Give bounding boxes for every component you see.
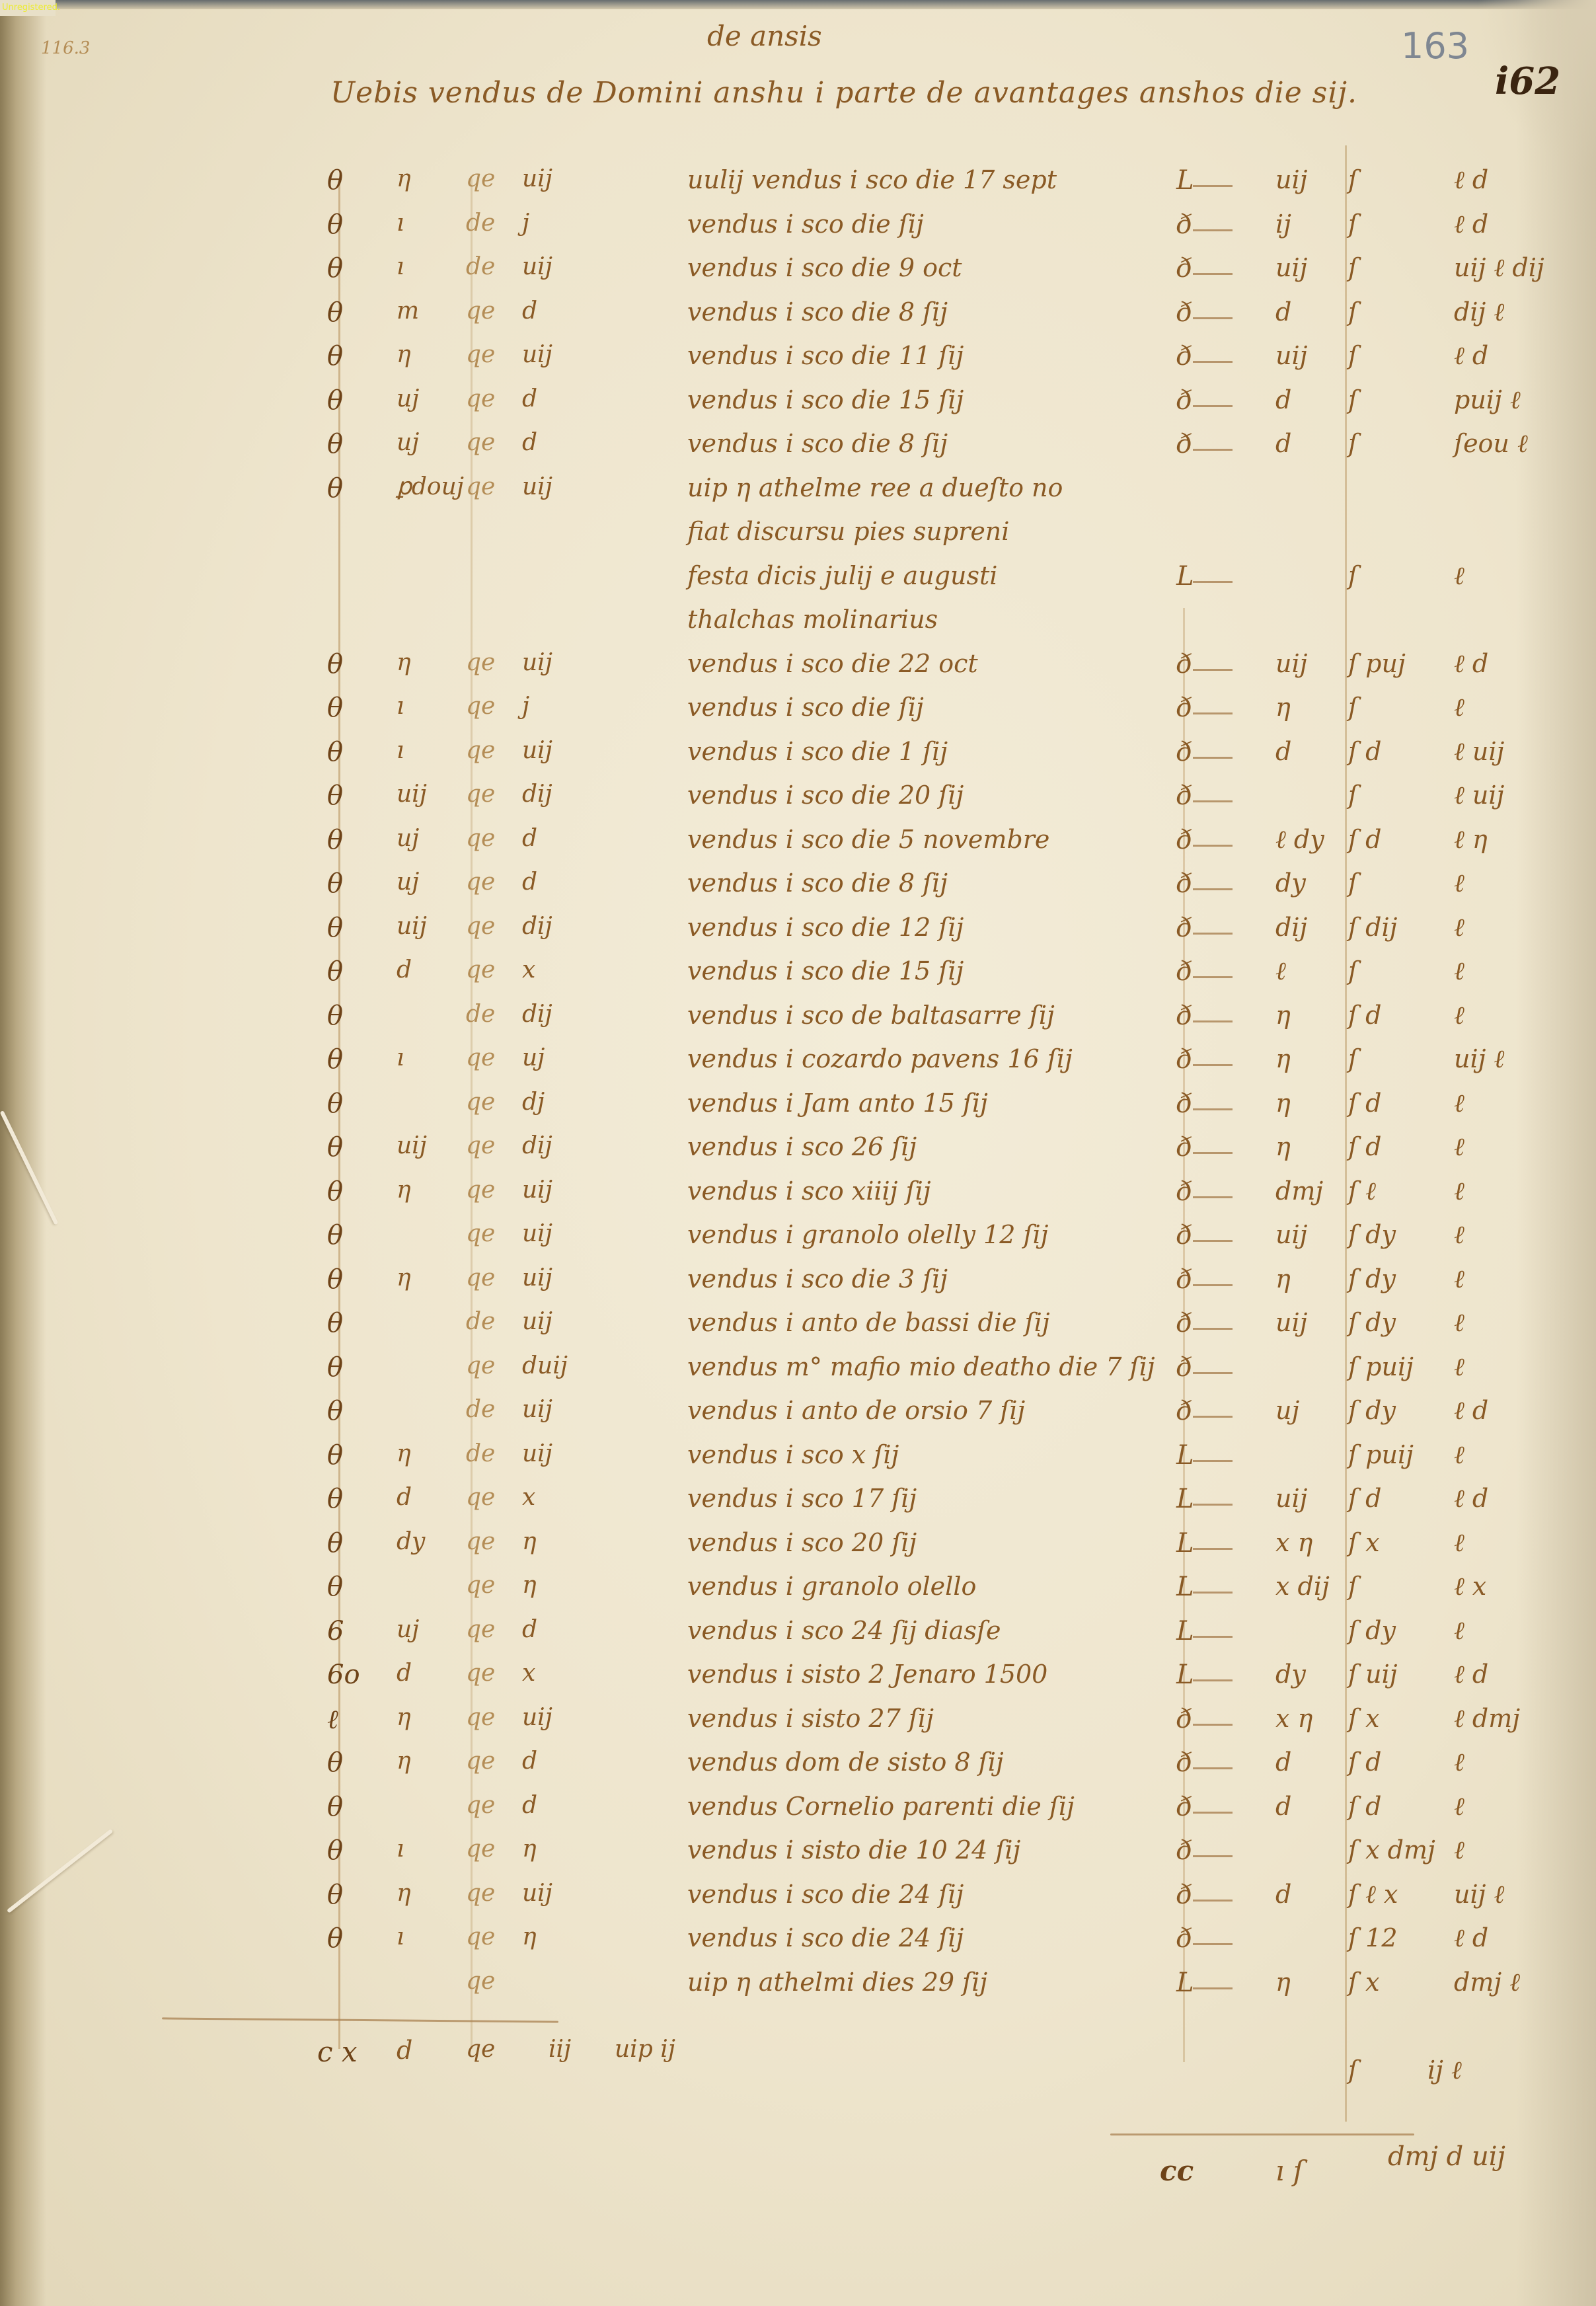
lb-dash bbox=[1193, 185, 1233, 187]
entry-lb: ð bbox=[1176, 1001, 1192, 1031]
lb-dash bbox=[1193, 1724, 1233, 1726]
entry-val: uij bbox=[522, 473, 552, 500]
entry-val: uij bbox=[522, 1264, 552, 1291]
entry-a2: ſ bbox=[1348, 165, 1357, 194]
entry-a3: ℓ bbox=[1454, 1132, 1464, 1162]
entry-unit: qe bbox=[466, 1923, 495, 1950]
lb-dash bbox=[1193, 405, 1233, 407]
entry-val: uij bbox=[522, 1396, 552, 1423]
entry-qty: uij bbox=[397, 913, 427, 940]
heading-subtitle: de ansis bbox=[707, 20, 822, 52]
entry-a2: ſ bbox=[1348, 1572, 1357, 1601]
entry-mark: θ bbox=[327, 693, 343, 723]
entry-lb: ð bbox=[1176, 1923, 1192, 1954]
ledger-row: θdyqeηvendus i sco 20 ſijLx ηſ xℓ bbox=[0, 1528, 1596, 1568]
entry-a3: uij ℓ dij bbox=[1454, 253, 1544, 283]
entry-desc: vendus i sisto 27 ſij bbox=[687, 1704, 934, 1733]
entry-lb: L bbox=[1176, 1572, 1194, 1602]
entry-desc: vendus i sco die 24 ſij bbox=[687, 1880, 964, 1909]
unregistered-watermark: Unregistered. bbox=[0, 0, 56, 16]
entry-a1: uij bbox=[1275, 649, 1307, 678]
entry-mark: θ bbox=[327, 868, 343, 899]
entry-val: d bbox=[522, 1748, 537, 1775]
entry-qty: η bbox=[397, 1176, 411, 1204]
entry-unit: de bbox=[466, 1440, 495, 1467]
entry-a3: ℓ bbox=[1454, 868, 1464, 898]
total-a3: dmj d uij bbox=[1388, 2141, 1505, 2172]
entry-mark: θ bbox=[327, 1880, 343, 1910]
entry-val: uij bbox=[522, 1440, 552, 1467]
entry-lb: ð bbox=[1176, 429, 1192, 459]
entry-val: uij bbox=[522, 649, 552, 676]
entry-desc: vendus i sco die ſij bbox=[687, 693, 924, 722]
entry-unit: qe bbox=[466, 429, 495, 456]
entry-unit: qe bbox=[466, 165, 495, 192]
entry-a2: ſ dy bbox=[1348, 1396, 1396, 1425]
ledger-row: θıqeηvendus i sisto die 10 24 ſijðſ x dm… bbox=[0, 1835, 1596, 1875]
entry-a2: ſ d bbox=[1348, 737, 1381, 766]
entry-unit: qe bbox=[466, 693, 495, 720]
entry-desc: vendus i sco die 9 oct bbox=[687, 253, 962, 282]
entry-mark: θ bbox=[327, 341, 343, 371]
entry-lb: ð bbox=[1176, 1835, 1192, 1866]
ledger-row: θdeuijvendus i anto de bassi die ſijðuij… bbox=[0, 1308, 1596, 1348]
entry-val: uij bbox=[522, 341, 552, 368]
entry-val: uij bbox=[522, 1220, 552, 1247]
ledger-row: 6ujqedvendus i sco 24 ſij diasſeLſ dyℓ bbox=[0, 1616, 1596, 1656]
ledger-row: θmqedvendus i sco die 8 ſijðdſdij ℓ bbox=[0, 297, 1596, 337]
entry-desc: vendus i anto de bassi die ſij bbox=[687, 1308, 1050, 1337]
lb-dash bbox=[1193, 1812, 1233, 1814]
lb-dash bbox=[1193, 229, 1233, 231]
entry-a1: ij bbox=[1275, 210, 1291, 239]
entry-mark: θ bbox=[327, 1484, 343, 1514]
entry-unit: qe bbox=[466, 1176, 495, 1204]
ledger-row: θqeduijvendus m° mafio mio deatho die 7 … bbox=[0, 1352, 1596, 1392]
entry-desc: vendus i sco die 11 ſij bbox=[687, 341, 964, 370]
entry-val: d bbox=[522, 1792, 537, 1819]
ledger-row: θdeuijvendus i anto de orsio 7 ſijðujſ d… bbox=[0, 1396, 1596, 1436]
entry-val: d bbox=[522, 297, 537, 325]
entry-lb: ð bbox=[1176, 737, 1192, 767]
entry-val: η bbox=[522, 1835, 537, 1863]
entry-lb: ð bbox=[1176, 913, 1192, 943]
entry-a3: ℓ bbox=[1454, 1616, 1464, 1646]
entry-a3: ℓ d bbox=[1454, 1923, 1488, 1953]
entry-val: d bbox=[522, 429, 537, 456]
ledger-row: θıdejvendus i sco die ſijðijſℓ d bbox=[0, 210, 1596, 249]
entry-unit: qe bbox=[466, 1572, 495, 1599]
entry-a2: ſ ℓ bbox=[1348, 1176, 1376, 1206]
entry-a2: ſ dy bbox=[1348, 1616, 1396, 1645]
entry-a1: η bbox=[1275, 1264, 1291, 1293]
entry-a3: ℓ d bbox=[1454, 1660, 1488, 1689]
entry-unit: qe bbox=[466, 913, 495, 940]
entry-desc: vendus i sco 24 ſij diasſe bbox=[687, 1616, 1001, 1645]
entry-qty: ı bbox=[397, 737, 404, 764]
entry-a2: ſ bbox=[1348, 956, 1357, 985]
entry-desc: vendus i sco die 12 ſij bbox=[687, 913, 964, 942]
entry-unit: qe bbox=[466, 1968, 495, 1995]
entry-val: x bbox=[522, 1660, 535, 1687]
entry-a3: ℓ x bbox=[1454, 1572, 1486, 1601]
ledger-row: θηqeuijvendus i sco die 24 ſijðdſ ℓ xuij… bbox=[0, 1880, 1596, 1919]
lb-dash bbox=[1193, 1284, 1233, 1286]
entry-qty: uj bbox=[397, 825, 419, 852]
entry-a1: d bbox=[1275, 1792, 1291, 1821]
lb-dash bbox=[1193, 1416, 1233, 1418]
lb-dash bbox=[1193, 1855, 1233, 1857]
entry-lb: ð bbox=[1176, 1176, 1192, 1207]
ledger-row: θηdeuijvendus i sco x ſijLſ puijℓ bbox=[0, 1440, 1596, 1480]
entry-val: x bbox=[522, 956, 535, 983]
entry-unit: qe bbox=[466, 1660, 495, 1687]
entry-a3: dij ℓ bbox=[1454, 297, 1504, 327]
entry-mark: θ bbox=[327, 1220, 343, 1250]
lb-dash bbox=[1193, 1240, 1233, 1242]
entry-a3: ℓ uij bbox=[1454, 781, 1504, 810]
entry-a1: η bbox=[1275, 1044, 1291, 1073]
ledger-row: θdedijvendus i sco de baltasarre ſijðηſ … bbox=[0, 1001, 1596, 1040]
entry-mark: θ bbox=[327, 165, 343, 196]
entry-a1: η bbox=[1275, 1968, 1291, 1997]
entry-mark: θ bbox=[327, 1572, 343, 1602]
entry-a2: ſ x dmj bbox=[1348, 1835, 1435, 1864]
entry-mark: θ bbox=[327, 1748, 343, 1778]
entry-a3: ℓ d bbox=[1454, 1396, 1488, 1426]
entry-val: dij bbox=[522, 913, 552, 940]
entry-a3: ℓ bbox=[1454, 1440, 1464, 1470]
entry-a2: ſ bbox=[1348, 868, 1357, 898]
lb-dash bbox=[1193, 1767, 1233, 1769]
entry-unit: qe bbox=[466, 737, 495, 764]
ledger-row: θηqeuijvendus i sco die 11 ſijðuijſℓ d bbox=[0, 341, 1596, 381]
ledger-row: θujqedvendus i sco die 5 novembreðℓ dyſ … bbox=[0, 825, 1596, 865]
entry-unit: qe bbox=[466, 341, 495, 368]
entry-desc: vendus i sco die 20 ſij bbox=[687, 781, 964, 810]
entry-lb: ð bbox=[1176, 825, 1192, 855]
lb-dash bbox=[1193, 273, 1233, 275]
entry-a2: ſ d bbox=[1348, 1132, 1381, 1161]
entry-a1: uj bbox=[1275, 1396, 1299, 1425]
entry-a1: d bbox=[1275, 297, 1291, 327]
entry-desc: vendus i sco die 15 ſij bbox=[687, 385, 964, 414]
entry-a2: ſ puij bbox=[1348, 1352, 1414, 1381]
lb-dash bbox=[1193, 361, 1233, 363]
entry-a3: ℓ dmj bbox=[1454, 1704, 1520, 1734]
ledger-row: fiat discursu pies supreni bbox=[0, 517, 1596, 557]
entry-a1: dy bbox=[1275, 868, 1306, 898]
entry-lb: L bbox=[1176, 561, 1194, 592]
entry-a2: ſ dij bbox=[1348, 913, 1397, 942]
entry-val: dij bbox=[522, 1132, 552, 1159]
entry-unit: qe bbox=[466, 781, 495, 808]
entry-desc: vendus i sco 17 ſij bbox=[687, 1484, 917, 1513]
entry-a3: ℓ bbox=[1454, 913, 1464, 942]
entry-a1: x dij bbox=[1275, 1572, 1330, 1601]
entry-a2: ſ bbox=[1348, 781, 1357, 810]
entry-desc: vendus i sisto die 10 24 ſij bbox=[687, 1835, 1020, 1864]
entry-lb: ð bbox=[1176, 1748, 1192, 1778]
entry-unit: qe bbox=[466, 473, 495, 500]
entry-a3: ℓ d bbox=[1454, 341, 1488, 371]
entry-qty: η bbox=[397, 1704, 411, 1731]
corner-shelfmark: 116.3 bbox=[41, 38, 90, 58]
entry-qty: d bbox=[397, 1484, 412, 1511]
entry-qty: ı bbox=[397, 1835, 404, 1863]
entry-a2: ſ bbox=[1348, 385, 1357, 414]
entry-a1: uij bbox=[1275, 253, 1307, 282]
entry-a2: ſ x bbox=[1348, 1528, 1380, 1557]
entry-unit: qe bbox=[466, 1616, 495, 1643]
lb-dash bbox=[1193, 669, 1233, 671]
entry-val: duij bbox=[522, 1352, 568, 1379]
entry-lb: ð bbox=[1176, 297, 1192, 328]
entry-val: η bbox=[522, 1572, 537, 1599]
entry-a3: uij ℓ bbox=[1454, 1044, 1504, 1074]
entry-lb: ð bbox=[1176, 1220, 1192, 1250]
entry-val: j bbox=[522, 693, 529, 720]
entry-a2: ſ x bbox=[1348, 1968, 1380, 1997]
lb-dash bbox=[1193, 712, 1233, 714]
entry-qty: ı bbox=[397, 1044, 404, 1071]
summary-val: iij bbox=[549, 2036, 571, 2063]
entry-a1: uij bbox=[1275, 341, 1307, 370]
entry-mark: θ bbox=[327, 1792, 343, 1822]
entry-desc: vendus Cornelio parenti die ſij bbox=[687, 1792, 1075, 1821]
entry-val: d bbox=[522, 868, 537, 896]
entry-unit: qe bbox=[466, 1264, 495, 1291]
entry-a1: x η bbox=[1275, 1528, 1312, 1557]
entry-a1: uij bbox=[1275, 1220, 1307, 1249]
entry-qty: uj bbox=[397, 1616, 419, 1643]
entry-lb: ð bbox=[1176, 868, 1192, 899]
entry-unit: de bbox=[466, 1001, 495, 1028]
entry-a1: d bbox=[1275, 385, 1291, 414]
summary-desc: uip ij bbox=[615, 2036, 675, 2063]
entry-a2: ſ dy bbox=[1348, 1264, 1396, 1293]
entry-mark: θ bbox=[327, 1176, 343, 1207]
entry-mark: θ bbox=[327, 913, 343, 943]
entry-unit: qe bbox=[466, 385, 495, 412]
entry-unit: qe bbox=[466, 1880, 495, 1907]
entry-a3: ſeou ℓ bbox=[1454, 429, 1528, 459]
entry-a2: ſ d bbox=[1348, 1792, 1381, 1821]
entry-unit: qe bbox=[466, 1484, 495, 1511]
entry-a1: d bbox=[1275, 429, 1291, 458]
ledger-row: θujqedvendus i sco die 15 ſijðdſpuij ℓ bbox=[0, 385, 1596, 425]
entry-mark: θ bbox=[327, 1835, 343, 1866]
entry-mark: θ bbox=[327, 429, 343, 459]
entry-a3: ℓ d bbox=[1454, 649, 1488, 679]
entry-a3: ℓ d bbox=[1454, 1484, 1488, 1514]
entry-mark: θ bbox=[327, 210, 343, 240]
entry-a2: ſ d bbox=[1348, 1484, 1381, 1513]
entry-val: η bbox=[522, 1923, 537, 1950]
entry-desc: vendus i sco die 8 ſij bbox=[687, 868, 948, 898]
entry-qty: ı bbox=[397, 210, 404, 237]
ledger-row: thalchas molinarius bbox=[0, 605, 1596, 644]
entry-mark: θ bbox=[327, 1352, 343, 1383]
entry-a2: ſ puj bbox=[1348, 649, 1406, 678]
entry-a1: ℓ bbox=[1275, 956, 1286, 986]
ledger-row: θqeuijvendus i granolo olelly 12 ſijðuij… bbox=[0, 1220, 1596, 1260]
entry-unit: de bbox=[466, 210, 495, 237]
entry-mark: θ bbox=[327, 1089, 343, 1119]
summary-rule bbox=[162, 2017, 558, 2022]
entry-mark: θ bbox=[327, 956, 343, 987]
lb-dash bbox=[1193, 317, 1233, 319]
entry-lb: ð bbox=[1176, 693, 1192, 723]
entry-a1: η bbox=[1275, 693, 1291, 722]
entry-mark: θ bbox=[327, 297, 343, 328]
entry-a2: ſ ℓ x bbox=[1348, 1880, 1398, 1909]
entry-val: dij bbox=[522, 1001, 552, 1028]
entry-a1: dy bbox=[1275, 1660, 1306, 1689]
ledger-row: θꝑdoujqeuijuip η athelme ree a dueſto no bbox=[0, 473, 1596, 513]
entry-qty: uj bbox=[397, 385, 419, 412]
entry-lb: L bbox=[1176, 1616, 1194, 1646]
entry-mark: θ bbox=[327, 253, 343, 284]
summary-qty: d bbox=[397, 2036, 412, 2065]
entry-qty: uij bbox=[397, 1132, 427, 1159]
entry-unit: qe bbox=[466, 297, 495, 325]
entry-qty: ı bbox=[397, 253, 404, 280]
lb-dash bbox=[1193, 1152, 1233, 1154]
entry-a2: ſ d bbox=[1348, 1748, 1381, 1777]
entry-desc: vendus i sco die 8 ſij bbox=[687, 297, 948, 327]
entry-mark: θ bbox=[327, 1308, 343, 1338]
lb-dash bbox=[1193, 1020, 1233, 1022]
entry-a1: η bbox=[1275, 1001, 1291, 1030]
entry-qty: uj bbox=[397, 429, 419, 456]
lb-dash bbox=[1193, 800, 1233, 802]
entry-qty: d bbox=[397, 1660, 412, 1687]
entry-mark: θ bbox=[327, 737, 343, 767]
ledger-row: θqedjvendus i Jam anto 15 ſijðηſ dℓ bbox=[0, 1089, 1596, 1128]
entry-lb: ð bbox=[1176, 1792, 1192, 1822]
entry-mark: θ bbox=[327, 1923, 343, 1954]
entry-qty: uj bbox=[397, 868, 419, 896]
summary-mark: c x bbox=[317, 2036, 358, 2068]
lb-dash bbox=[1193, 888, 1233, 890]
entry-desc: vendus i sco de baltasarre ſij bbox=[687, 1001, 1055, 1030]
ledger-row: θıqeηvendus i sco die 24 ſijðſ 12ℓ d bbox=[0, 1923, 1596, 1963]
entry-qty: m bbox=[397, 297, 419, 325]
entry-unit: qe bbox=[466, 1220, 495, 1247]
entry-a3: ℓ uij bbox=[1454, 737, 1504, 767]
entry-a3: ℓ η bbox=[1454, 825, 1488, 855]
ledger-row: θηqeuijuulij vendus i sco die 17 septLui… bbox=[0, 165, 1596, 205]
entry-unit: qe bbox=[466, 1792, 495, 1819]
entry-desc: vendus i sco die 5 novembre bbox=[687, 825, 1049, 854]
entry-lb: ð bbox=[1176, 1132, 1192, 1163]
entry-qty: η bbox=[397, 1264, 411, 1291]
ink-foliation: i62 bbox=[1495, 59, 1560, 103]
pencil-foliation: 163 bbox=[1401, 25, 1469, 67]
ledger-row: θqeηvendus i granolo olelloLx dijſℓ x bbox=[0, 1572, 1596, 1611]
entry-qty: η bbox=[397, 165, 411, 192]
entry-unit: qe bbox=[466, 1089, 495, 1116]
entry-a2: ſ bbox=[1348, 693, 1357, 722]
entry-a3: ℓ bbox=[1454, 1308, 1464, 1338]
entry-lb: ð bbox=[1176, 781, 1192, 811]
entry-unit: qe bbox=[466, 956, 495, 983]
entry-lb: ð bbox=[1176, 649, 1192, 679]
entry-a3: ℓ bbox=[1454, 693, 1464, 722]
entry-val: uij bbox=[522, 1880, 552, 1907]
lb-dash bbox=[1193, 1548, 1233, 1550]
entry-unit: qe bbox=[466, 1835, 495, 1863]
entry-a2: ſ bbox=[1348, 341, 1357, 370]
entry-a3: ℓ bbox=[1454, 1792, 1464, 1822]
entry-a2: ſ bbox=[1348, 429, 1357, 458]
entry-qty: d bbox=[397, 956, 412, 983]
lb-dash bbox=[1193, 581, 1233, 583]
entry-mark: 6o bbox=[327, 1660, 360, 1690]
entry-a1: uij bbox=[1275, 1484, 1307, 1513]
entry-a1: dmj bbox=[1275, 1176, 1323, 1206]
entry-mark: θ bbox=[327, 385, 343, 416]
entry-mark: θ bbox=[327, 473, 343, 504]
entry-mark: ℓ bbox=[327, 1704, 338, 1735]
summary-partial-a2: ſ bbox=[1348, 2056, 1357, 2085]
entry-unit: de bbox=[466, 1308, 495, 1335]
ledger-row: θdqexvendus i sco die 15 ſijðℓſℓ bbox=[0, 956, 1596, 996]
entry-val: d bbox=[522, 1616, 537, 1643]
entry-qty: ı bbox=[397, 693, 404, 720]
lb-dash bbox=[1193, 1943, 1233, 1945]
lb-dash bbox=[1193, 1372, 1233, 1374]
entry-lb: L bbox=[1176, 165, 1194, 196]
entry-a2: ſ puij bbox=[1348, 1440, 1414, 1469]
entry-a1: uij bbox=[1275, 1308, 1307, 1337]
ledger-row: θıqejvendus i sco die ſijðηſℓ bbox=[0, 693, 1596, 732]
lb-dash bbox=[1193, 845, 1233, 847]
entry-qty: η bbox=[397, 1440, 411, 1467]
entry-desc: vendus i cozardo pavens 16 ſij bbox=[687, 1044, 1073, 1073]
entry-a2: ſ uij bbox=[1348, 1660, 1398, 1689]
ledger-row: θηqeuijvendus i sco xiiij ſijðdmjſ ℓℓ bbox=[0, 1176, 1596, 1216]
entry-desc: uip η athelmi dies 29 ſij bbox=[687, 1968, 987, 1997]
entry-a3: ℓ bbox=[1454, 1264, 1464, 1294]
entry-val: uij bbox=[522, 1704, 552, 1731]
entry-lb: ð bbox=[1176, 253, 1192, 284]
entry-desc: vendus i sco x ſij bbox=[687, 1440, 899, 1469]
entry-a2: ſ dy bbox=[1348, 1220, 1396, 1249]
entry-a1: d bbox=[1275, 1880, 1291, 1909]
entry-mark: θ bbox=[327, 781, 343, 811]
entry-unit: qe bbox=[466, 1132, 495, 1159]
entry-unit: de bbox=[466, 1396, 495, 1423]
entry-desc: fiat discursu pies supreni bbox=[687, 517, 1009, 546]
lb-dash bbox=[1193, 933, 1233, 935]
entry-qty: η bbox=[397, 341, 411, 368]
entry-unit: qe bbox=[466, 1748, 495, 1775]
ledger-row: 6odqexvendus i sisto 2 Jenaro 1500Ldyſ u… bbox=[0, 1660, 1596, 1699]
entry-desc: vendus i sco die ſij bbox=[687, 210, 924, 239]
entry-val: j bbox=[522, 210, 529, 237]
entry-a2: ſ bbox=[1348, 297, 1357, 327]
entry-desc: vendus i granolo olelly 12 ſij bbox=[687, 1220, 1048, 1249]
entry-a3: dmj ℓ bbox=[1454, 1968, 1520, 1997]
ledger-row: θuijqedijvendus i sco die 12 ſijðdijſ di… bbox=[0, 913, 1596, 952]
total-rule bbox=[1110, 2133, 1414, 2135]
ledger-row: qeuip η athelmi dies 29 ſijLηſ xdmj ℓ bbox=[0, 1968, 1596, 2007]
entry-mark: θ bbox=[327, 649, 343, 679]
lb-dash bbox=[1193, 1636, 1233, 1638]
entry-a1: d bbox=[1275, 1748, 1291, 1777]
